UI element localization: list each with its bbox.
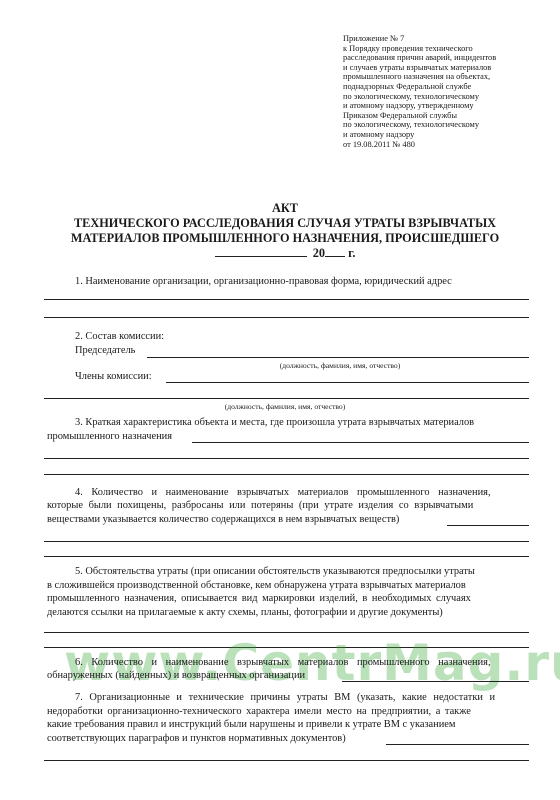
section-5-field-line[interactable] [44,632,529,633]
appendix-line: по экологическому, технологическому [343,92,533,102]
title-act: АКТ [40,201,530,216]
chairman-label: Председатель [75,344,135,358]
section-5-line-3: промышленного назначения, описывается ви… [47,592,471,606]
section-3-field-line[interactable] [44,474,529,475]
section-6-line-1: 6. Количество и наименование взрывчатых … [75,656,491,670]
chairman-caption: (должность, фамилия, имя, отчество) [180,361,500,370]
section-7-field[interactable] [386,744,529,745]
section-7-line-3: какие требования правил и инструкций был… [47,718,455,732]
section-3-line-2: промышленного назначения [47,430,172,444]
members-caption: (должность, фамилия, имя, отчество) [90,402,480,411]
appendix-reference: Приложение № 7 к Порядку проведения техн… [343,34,533,149]
section-3-field-line[interactable] [44,458,529,459]
appendix-line: расследования причин аварий, инцидентов [343,53,533,63]
title-line-2: ТЕХНИЧЕСКОГО РАССЛЕДОВАНИЯ СЛУЧАЯ УТРАТЫ… [40,216,530,231]
appendix-line: и атомному надзору [343,130,533,140]
section-1-field-line[interactable] [44,317,529,318]
section-4-line-1: 4. Количество и наименование взрывчатых … [75,486,529,500]
appendix-line: к Порядку проведения технического [343,44,533,54]
members-field-2[interactable] [44,398,529,399]
section-6-line-2: обнаруженных (найденных) и возвращенных … [47,669,305,683]
section-7-field-line[interactable] [44,760,529,761]
section-4-field-line[interactable] [44,541,529,542]
section-4-field-line[interactable] [44,556,529,557]
section-4-line-3: веществами указывается количество содерж… [47,513,399,527]
section-3-field[interactable] [192,442,529,443]
appendix-line: и атомному надзору, утвержденному [343,101,533,111]
section-5-line-2: в сложившейся производственной обстановк… [47,579,466,593]
section-7-line-4: соответствующих параграфов и пунктов нор… [47,732,346,746]
chairman-field[interactable] [147,357,529,358]
section-4-line-2: которые были похищены, разбросаны или по… [47,499,473,513]
section-2-heading: 2. Состав комиссии: [75,330,164,344]
section-5-line-1: 5. Обстоятельства утраты (при описании о… [75,565,475,579]
appendix-line: и случаев утраты взрывчатых материалов [343,63,533,73]
document-title: АКТ ТЕХНИЧЕСКОГО РАССЛЕДОВАНИЯ СЛУЧАЯ УТ… [40,201,530,261]
section-7-line-2: недоработки организационно-технического … [47,705,471,719]
section-1-field-line[interactable] [44,299,529,300]
appendix-line: Приказом Федеральной службы [343,111,533,121]
appendix-line: Приложение № 7 [343,34,533,44]
members-field[interactable] [166,382,529,383]
section-4-text: 4. Количество и наименование взрывчатых … [75,486,529,500]
date-field[interactable] [215,246,307,257]
section-5-line-4: делаются ссылки на прилагаемые к акту сх… [47,606,443,620]
year-field[interactable] [325,246,345,257]
section-7-line-1: 7. Организационные и технические причины… [75,691,495,705]
appendix-line: от 19.08.2011 № 480 [343,140,533,150]
section-3-line-1: 3. Краткая характеристика объекта и мест… [75,416,474,430]
section-1-label: 1. Наименование организации, организацио… [75,275,452,289]
title-line-3: МАТЕРИАЛОВ ПРОМЫШЛЕННОГО НАЗНАЧЕНИЯ, ПРО… [40,231,530,246]
title-date: 20 г. [40,246,530,261]
section-6-field[interactable] [342,681,529,682]
appendix-line: по экологическому, технологическому [343,120,533,130]
appendix-line: промышленного назначения на объектах, [343,72,533,82]
appendix-line: поднадзорных Федеральной службе [343,82,533,92]
section-4-field[interactable] [447,525,529,526]
members-label: Члены комиссии: [75,370,152,384]
